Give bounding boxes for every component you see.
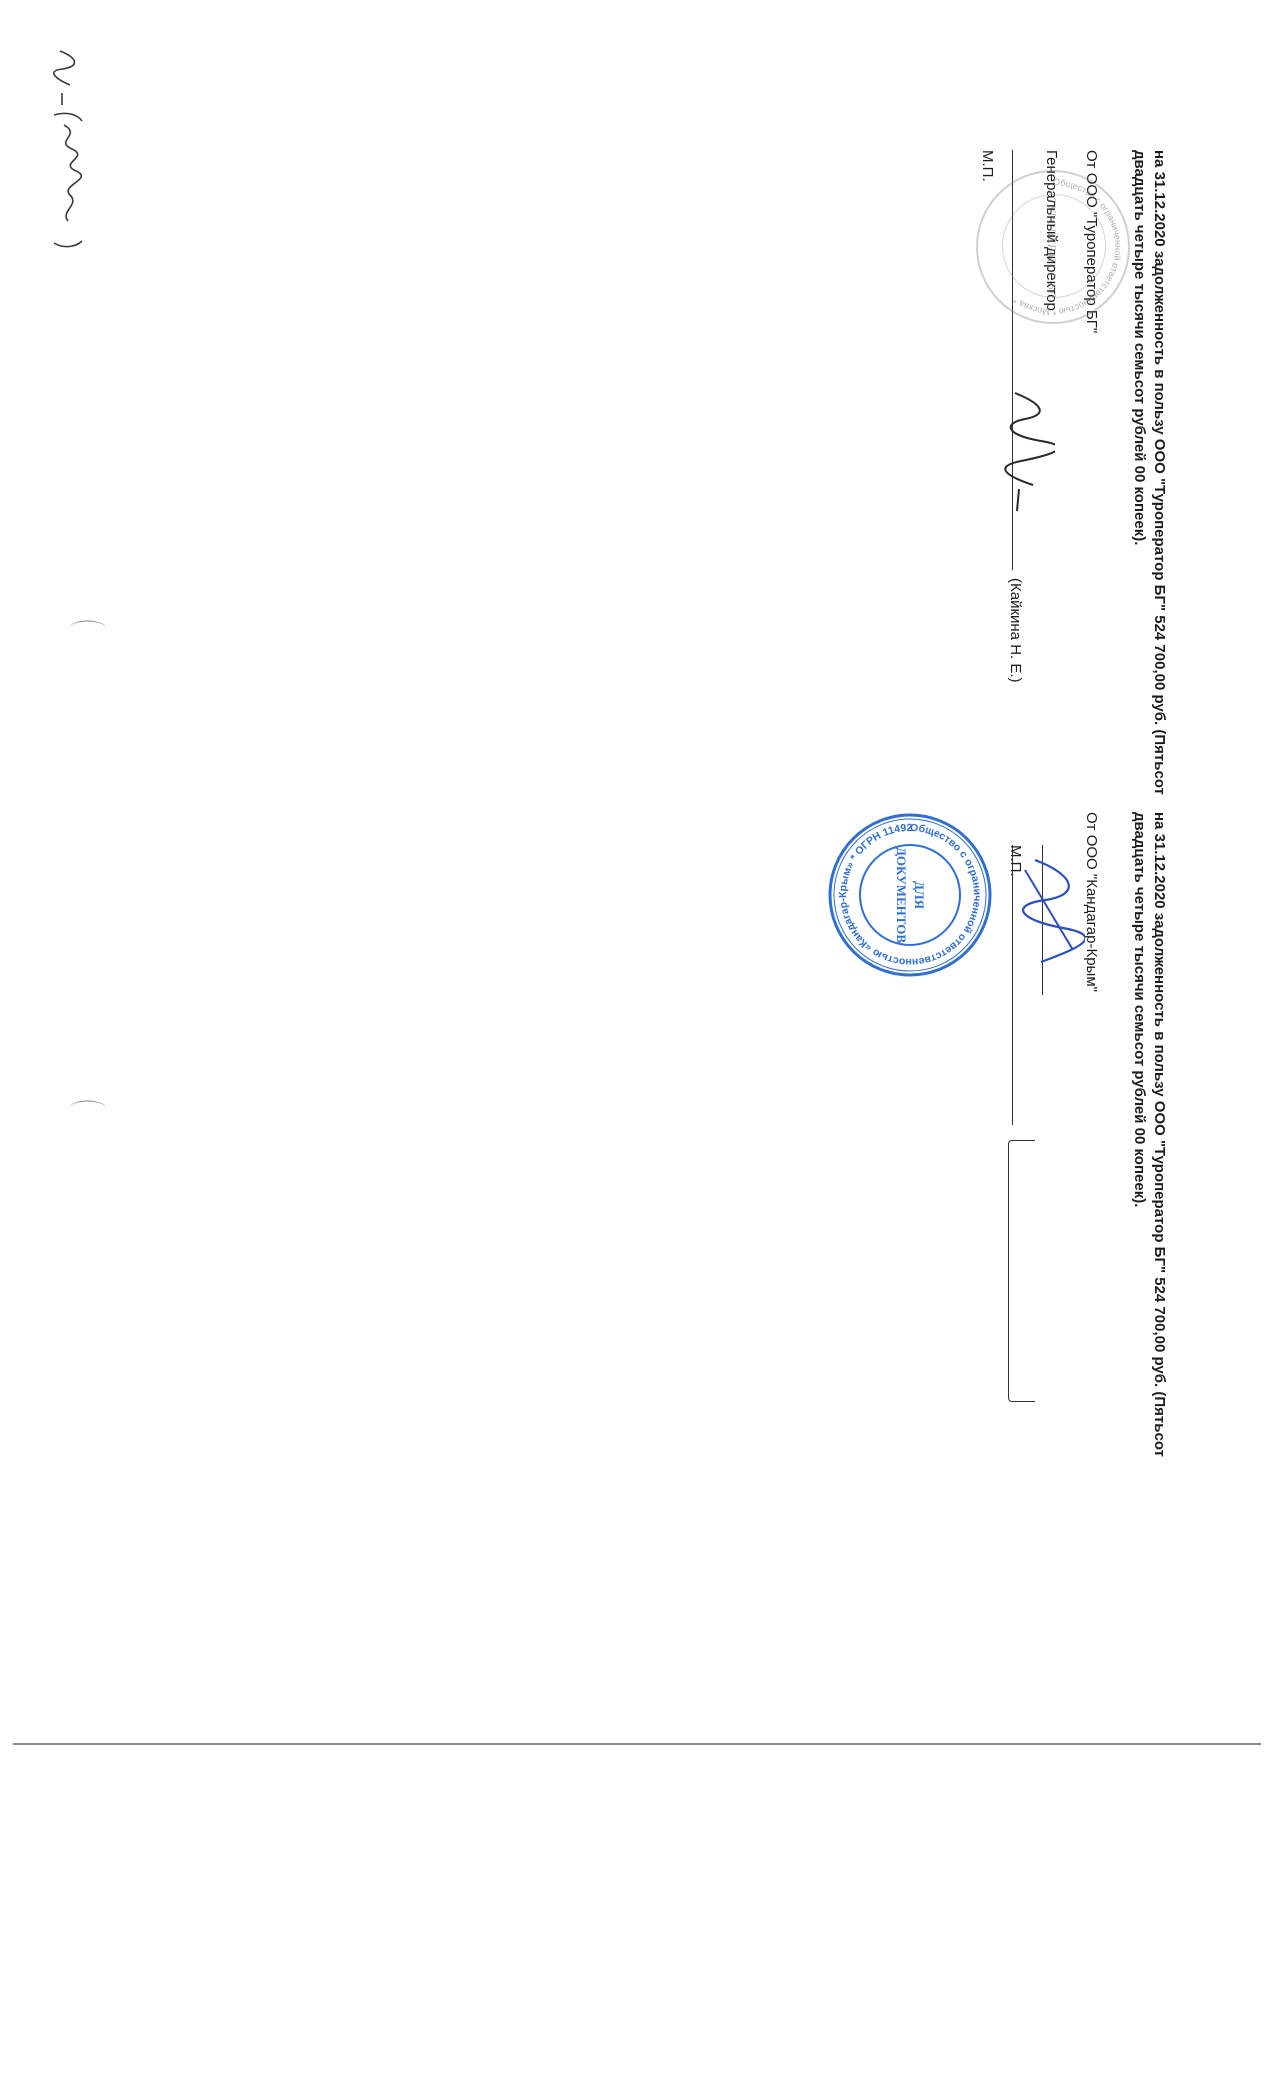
punch-hole-mark xyxy=(70,621,106,636)
svg-text:ДЛЯ: ДЛЯ xyxy=(912,881,927,910)
right-company-stamp: Общество с ограниченной ответственностью… xyxy=(825,810,995,980)
right-signature-line-2 xyxy=(1012,845,1013,1125)
left-debt-line-1: на 31.12.2020 задолженность в пользу ООО… xyxy=(1150,150,1169,795)
right-debt-line-1: на 31.12.2020 задолженность в пользу ООО… xyxy=(1150,812,1169,1457)
svg-text:ДОКУМЕНТОВ: ДОКУМЕНТОВ xyxy=(894,847,909,943)
document-page: на 31.12.2020 задолженность в пользу ООО… xyxy=(0,0,1275,2100)
right-signatory-bracket xyxy=(1008,1140,1035,1402)
left-company-stamp: Общество с ограниченной ответственностью… xyxy=(976,170,1130,324)
left-debt-line-2: двадцать четыре тысячи семьсот рублей 00… xyxy=(1130,150,1149,545)
svg-text:Общество с ограниченной ответс: Общество с ограниченной ответственностью… xyxy=(1011,177,1123,317)
scan-edge-line xyxy=(13,1743,1261,1745)
svg-text:ТУРОПЕРАТОР БГ: ТУРОПЕРАТОР БГ xyxy=(1045,197,1059,297)
left-signature-icon xyxy=(995,385,1055,515)
right-signature-icon xyxy=(1015,850,1085,980)
right-debt-line-2: двадцать четыре тысячи семьсот рублей 00… xyxy=(1130,812,1149,1207)
handwritten-note-icon xyxy=(45,45,90,275)
left-signatory-name: (Кайкина Н. Е.) xyxy=(1006,578,1025,683)
punch-hole-mark xyxy=(70,1101,106,1116)
